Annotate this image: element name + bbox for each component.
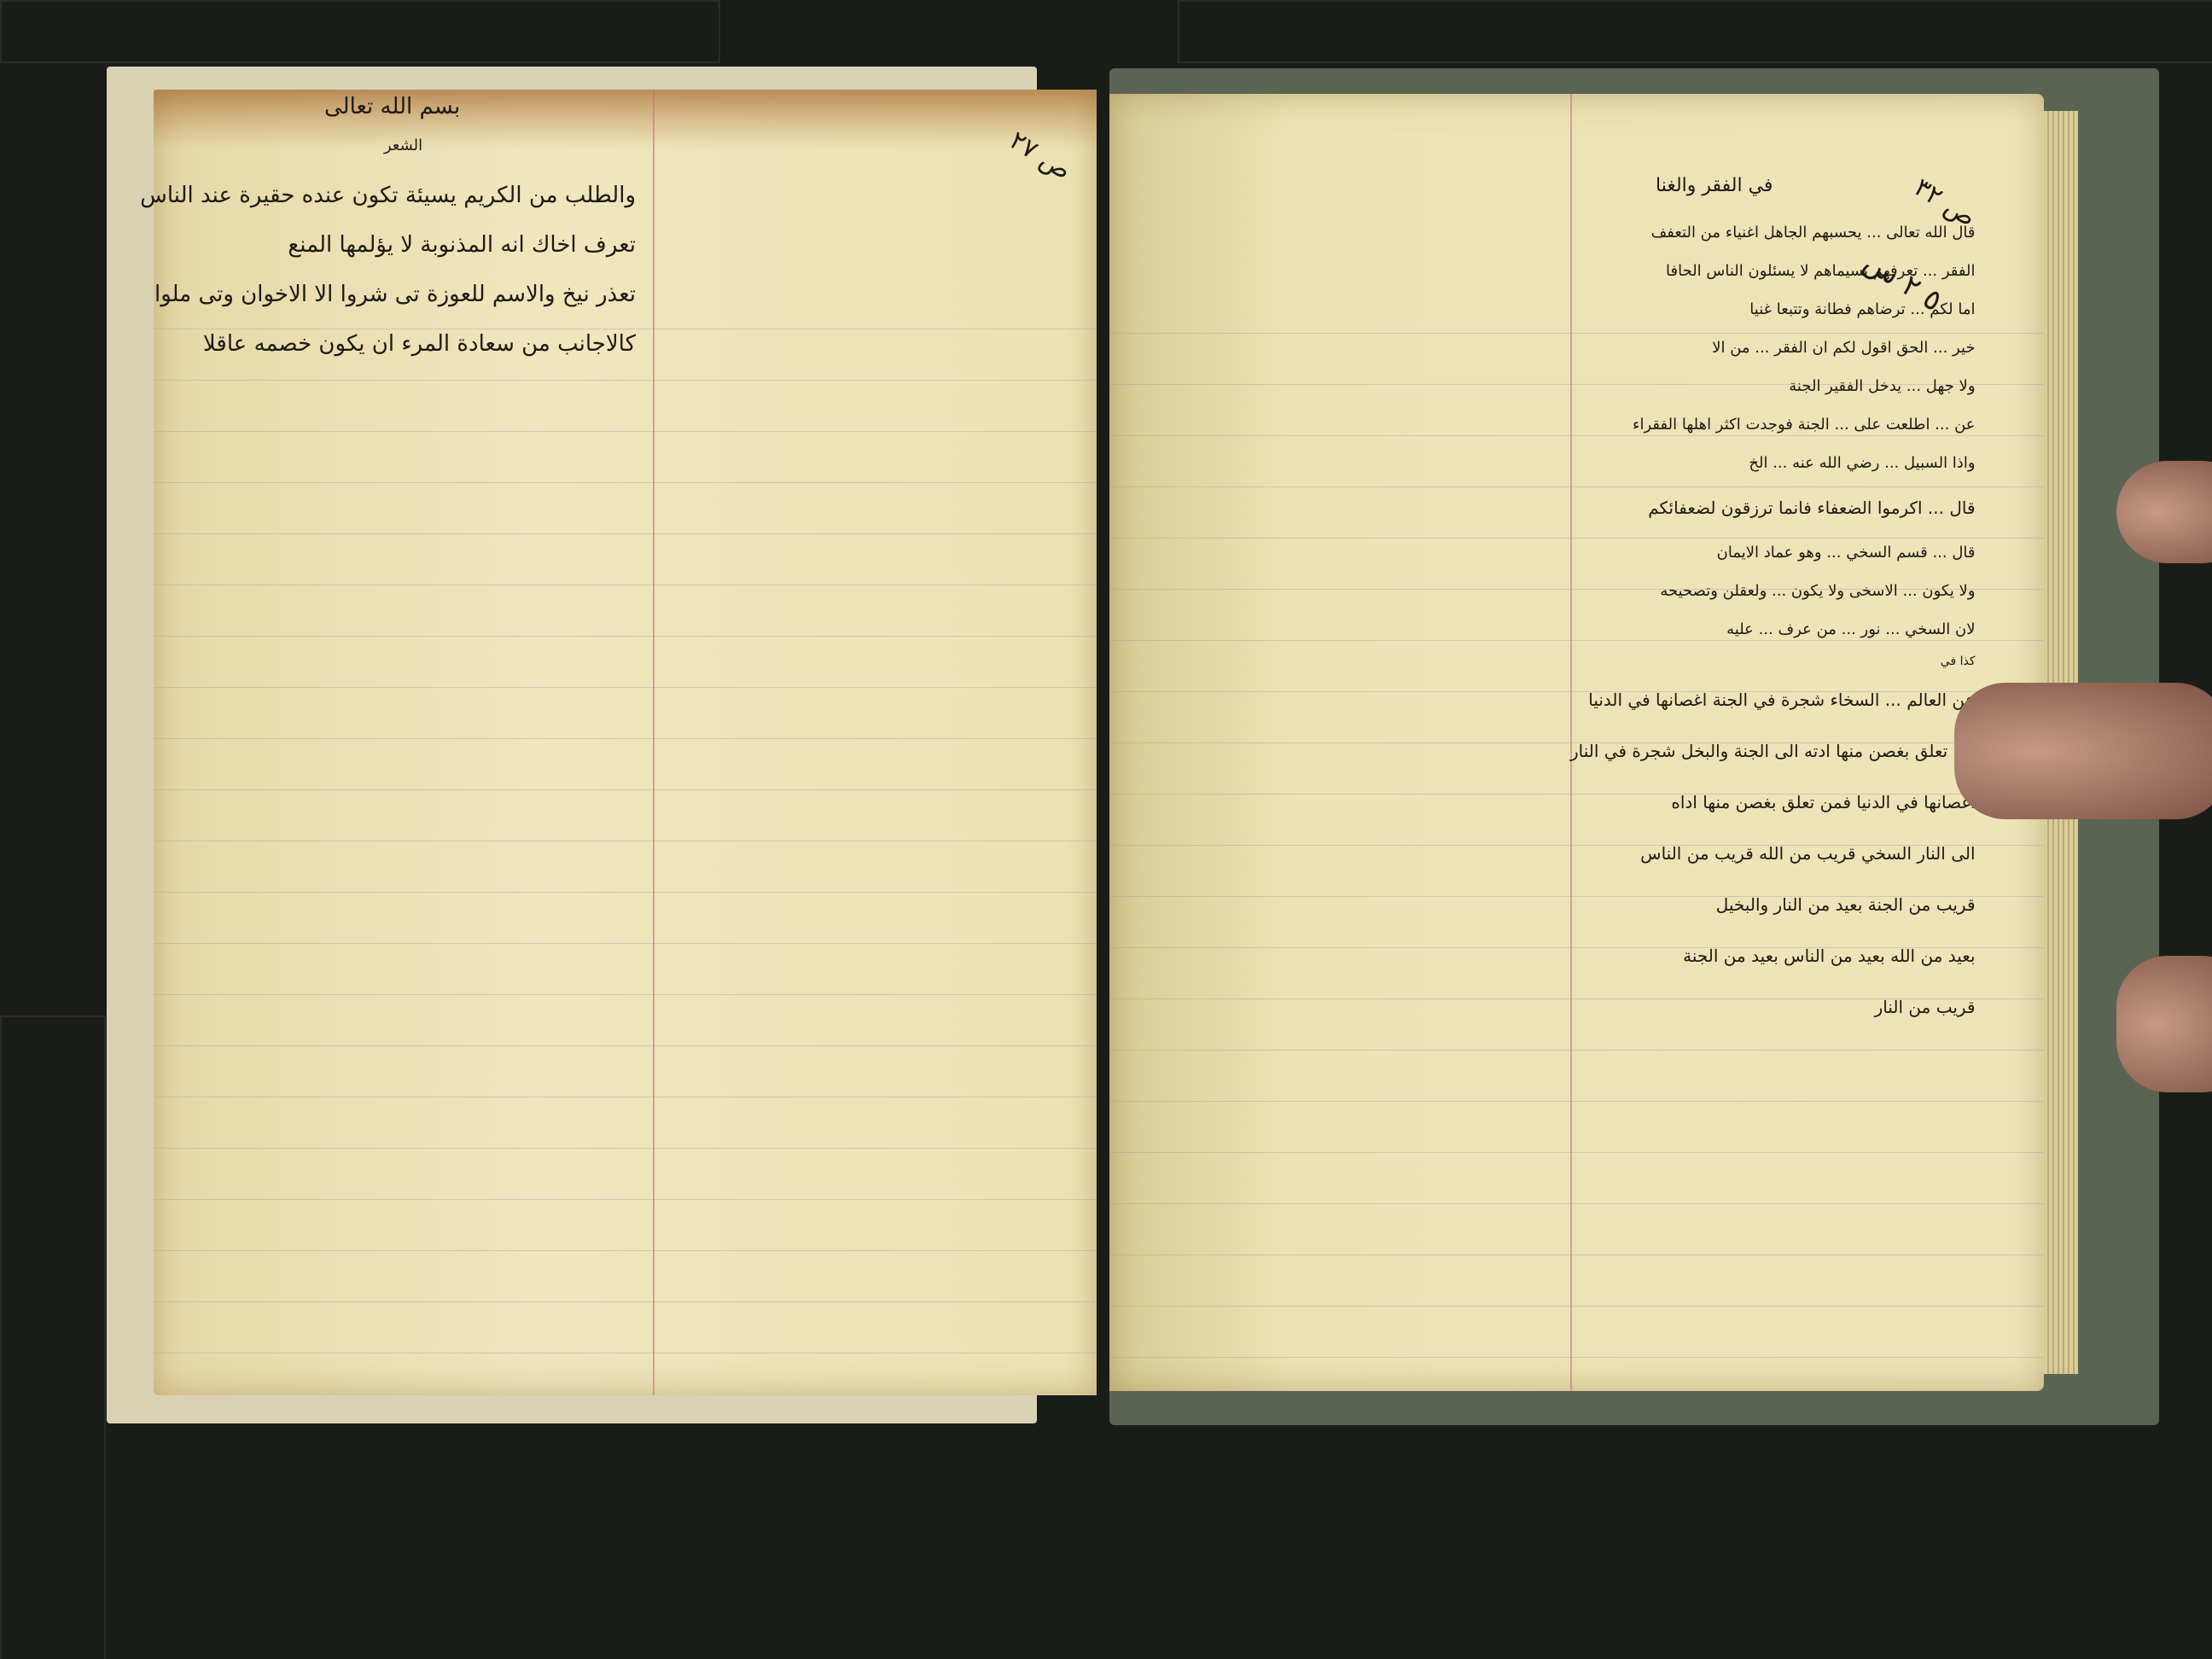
floor-tile <box>1178 0 2212 63</box>
left-page: بسم الله تعالى الشعر والطلب من الكريم يس… <box>154 90 1097 1395</box>
hand-thumb <box>1954 683 2212 819</box>
text-line: كذا في <box>1570 649 1976 674</box>
text-line: عن العالم ... السخاء شجرة في الجنة اغصان… <box>1570 674 1976 725</box>
left-page-header: بسم الله تعالى <box>324 94 460 119</box>
text-line: الفقر ... تعرفهم بسيماهم لا يسئلون الناس… <box>1570 252 1976 290</box>
text-line: قال ... اكرموا الضعفاء فانما ترزقون لضعف… <box>1570 482 1976 533</box>
text-line: تعذر نيخ والاسم للعوزة تى شروا الا الاخو… <box>140 270 636 319</box>
right-page-text: قال الله تعالى ... يحسبهم الجاهل اغنياء … <box>1570 213 1976 1033</box>
text-line: قال ... قسم السخي ... وهو عماد الايمان <box>1570 533 1976 572</box>
text-line: والطلب من الكريم يسيئة تكون عنده حقيرة ع… <box>140 171 636 220</box>
text-line: من تعلق بغصن منها ادته الى الجنة والبخل … <box>1570 725 1976 777</box>
text-line: واذا السبيل ... رضي الله عنه ... الخ <box>1570 444 1976 482</box>
text-line: خير ... الحق اقول لكم ان الفقر ... من ال… <box>1570 329 1976 367</box>
text-line: ولا جهل ... يدخل الفقير الجنة <box>1570 367 1976 405</box>
water-stain <box>154 90 1097 149</box>
left-page-subheader: الشعر <box>384 137 422 154</box>
text-line: قريب من النار <box>1570 981 1976 1033</box>
text-line: ولا يكون ... الاسخى ولا يكون ... ولعقلن … <box>1570 572 1976 610</box>
text-line: الى النار السخي قريب من الله قريب من الن… <box>1570 828 1976 879</box>
text-line: قال الله تعالى ... يحسبهم الجاهل اغنياء … <box>1570 213 1976 252</box>
text-line: بعيد من الله بعيد من الناس بعيد من الجنة <box>1570 930 1976 981</box>
hand-finger <box>2116 956 2212 1092</box>
text-line: اغصانها في الدنيا فمن تعلق بغصن منها ادا… <box>1570 777 1976 828</box>
hand-finger <box>2116 461 2212 563</box>
text-line: كالاجانب من سعادة المرء ان يكون خصمه عاق… <box>140 319 636 369</box>
left-page-text: والطلب من الكريم يسيئة تكون عنده حقيرة ع… <box>140 171 636 369</box>
text-line: قريب من الجنة بعيد من النار والبخيل <box>1570 879 1976 930</box>
floor-tile <box>0 1016 106 1659</box>
text-line: عن ... اطلعت على ... الجنة فوجدت اكثر اه… <box>1570 405 1976 444</box>
floor-tile <box>0 0 720 63</box>
right-page-header: في الفقر والغنا <box>1656 175 1773 196</box>
text-line: لان السخي ... نور ... من عرف ... عليه <box>1570 610 1976 649</box>
text-line: اما لكم ... ترضاهم فطانة وتتبعا غنيا <box>1570 290 1976 329</box>
right-page: في الفقر والغنا ص ٣٢ ٥ ٢ س قال الله تعال… <box>1109 94 2044 1391</box>
text-line: تعرف اخاك انه المذنوبة لا يؤلمها المنع <box>140 220 636 270</box>
